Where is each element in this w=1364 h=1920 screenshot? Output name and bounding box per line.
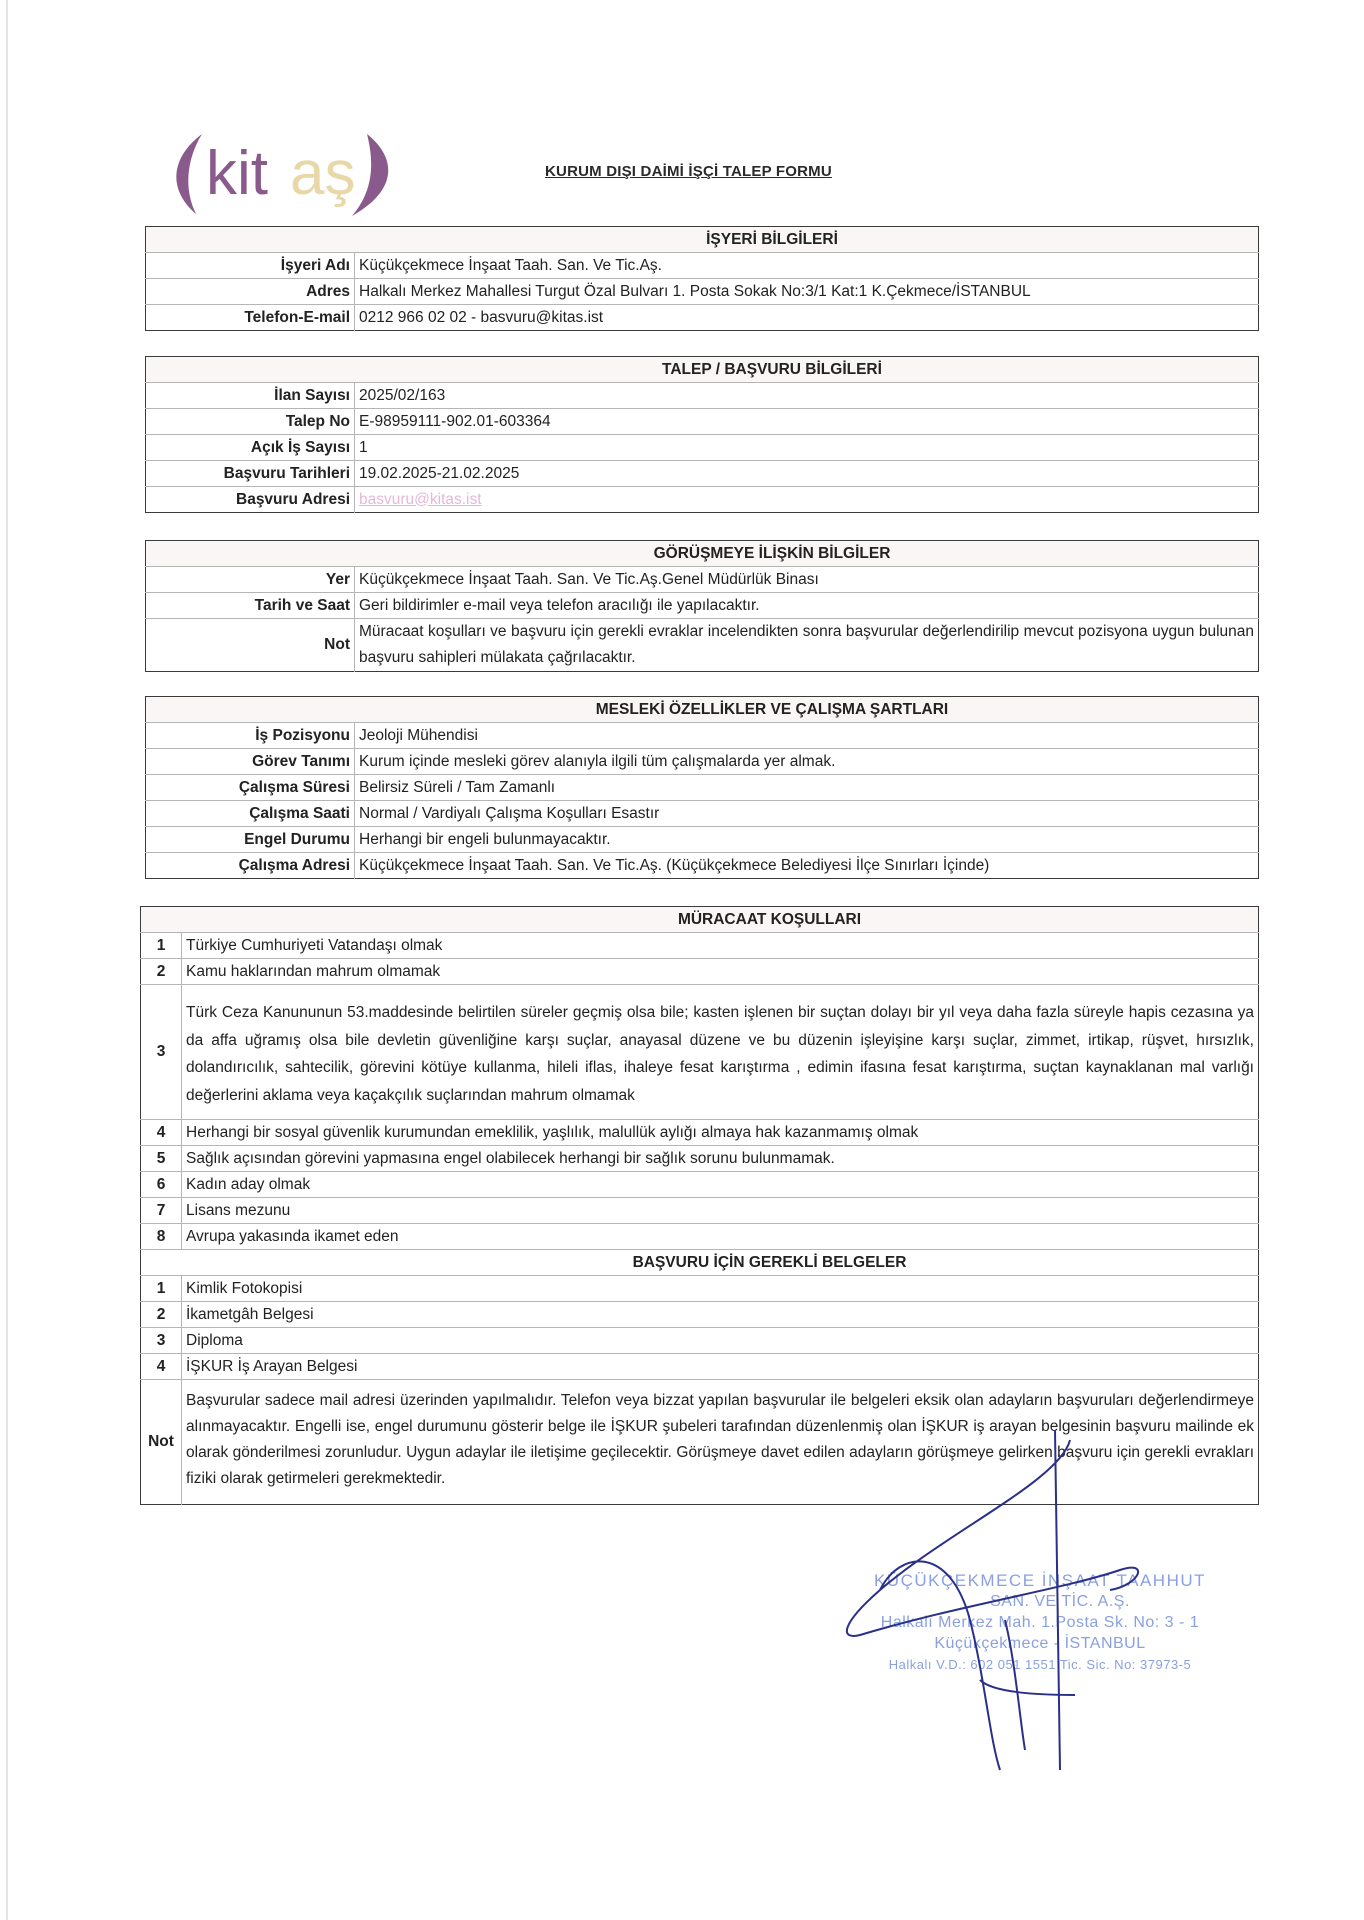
table-row: İşyeri AdıKüçükçekmece İnşaat Taah. San.… bbox=[146, 253, 1259, 279]
contact-value: 0212 966 02 02 - basvuru@kitas.ist bbox=[355, 305, 1259, 331]
table-row: Çalışma AdresiKüçükçekmece İnşaat Taah. … bbox=[146, 853, 1259, 879]
isyeri-table: İŞYERİ BİLGİLERİ İşyeri AdıKüçükçekmece … bbox=[145, 226, 1259, 331]
talep-table: TALEP / BAŞVURU BİLGİLERİ İlan Sayısı202… bbox=[145, 356, 1259, 513]
list-item: 7Lisans mezunu bbox=[141, 1198, 1259, 1224]
page-edge bbox=[6, 0, 8, 1920]
list-item: 5Sağlık açısından görevini yapmasına eng… bbox=[141, 1146, 1259, 1172]
list-item: 1Türkiye Cumhuriyeti Vatandaşı olmak bbox=[141, 933, 1259, 959]
list-item: 4Herhangi bir sosyal güvenlik kurumundan… bbox=[141, 1120, 1259, 1146]
section-title: İŞYERİ BİLGİLERİ bbox=[146, 227, 1259, 253]
table-row: Tarih ve SaatGeri bildirimler e-mail vey… bbox=[146, 593, 1259, 619]
list-item: 3Türk Ceza Kanununun 53.maddesinde belir… bbox=[141, 985, 1259, 1120]
table-row: Açık İş Sayısı1 bbox=[146, 435, 1259, 461]
svg-text:aş: aş bbox=[290, 139, 355, 208]
table-row: Çalışma SaatiNormal / Vardiyalı Çalışma … bbox=[146, 801, 1259, 827]
company-logo: kit aş bbox=[162, 128, 402, 220]
section-title: MÜRACAAT KOŞULLARI bbox=[141, 907, 1259, 933]
table-row: İlan Sayısı2025/02/163 bbox=[146, 383, 1259, 409]
table-row: Talep NoE-98959111-902.01-603364 bbox=[146, 409, 1259, 435]
table-row: Çalışma SüresiBelirsiz Süreli / Tam Zama… bbox=[146, 775, 1259, 801]
table-row: NotMüracaat koşulları ve başvuru için ge… bbox=[146, 619, 1259, 672]
section-title: TALEP / BAŞVURU BİLGİLERİ bbox=[146, 357, 1259, 383]
table-row: Başvuru Tarihleri19.02.2025-21.02.2025 bbox=[146, 461, 1259, 487]
list-item: 2Kamu haklarından mahrum olmamak bbox=[141, 959, 1259, 985]
svg-text:kit: kit bbox=[206, 139, 268, 208]
table-row: Telefon-E-mail0212 966 02 02 - basvuru@k… bbox=[146, 305, 1259, 331]
note-row: NotBaşvurular sadece mail adresi üzerind… bbox=[141, 1380, 1259, 1505]
mesleki-table: MESLEKİ ÖZELLİKLER VE ÇALIŞMA ŞARTLARI İ… bbox=[145, 696, 1259, 879]
list-item: 6Kadın aday olmak bbox=[141, 1172, 1259, 1198]
table-row: İş PozisyonuJeoloji Mühendisi bbox=[146, 723, 1259, 749]
application-email-link[interactable]: basvuru@kitas.ist bbox=[359, 491, 482, 508]
list-item: 2İkametgâh Belgesi bbox=[141, 1302, 1259, 1328]
list-item: 3Diploma bbox=[141, 1328, 1259, 1354]
muracaat-table: MÜRACAAT KOŞULLARI 1Türkiye Cumhuriyeti … bbox=[140, 906, 1259, 1505]
table-row: Görev TanımıKurum içinde mesleki görev a… bbox=[146, 749, 1259, 775]
table-row: AdresHalkalı Merkez Mahallesi Turgut Öza… bbox=[146, 279, 1259, 305]
section-title: MESLEKİ ÖZELLİKLER VE ÇALIŞMA ŞARTLARI bbox=[146, 697, 1259, 723]
section-title: GÖRÜŞMEYE İLİŞKİN BİLGİLER bbox=[146, 541, 1259, 567]
company-stamp: KÜÇÜKÇEKMECE İNŞAAT TAAHHUT SAN. VE TİC.… bbox=[830, 1570, 1250, 1720]
list-item: 1Kimlik Fotokopisi bbox=[141, 1276, 1259, 1302]
table-row: Başvuru Adresibasvuru@kitas.ist bbox=[146, 487, 1259, 513]
table-row: Engel DurumuHerhangi bir engeli bulunmay… bbox=[146, 827, 1259, 853]
form-title: KURUM DIŞI DAİMİ İŞÇİ TALEP FORMU bbox=[545, 163, 832, 180]
table-row: YerKüçükçekmece İnşaat Taah. San. Ve Tic… bbox=[146, 567, 1259, 593]
section-title: BAŞVURU İÇİN GEREKLİ BELGELER bbox=[141, 1250, 1259, 1276]
list-item: 8Avrupa yakasında ikamet eden bbox=[141, 1224, 1259, 1250]
list-item: 4İŞKUR İş Arayan Belgesi bbox=[141, 1354, 1259, 1380]
gorusme-table: GÖRÜŞMEYE İLİŞKİN BİLGİLER YerKüçükçekme… bbox=[145, 540, 1259, 672]
